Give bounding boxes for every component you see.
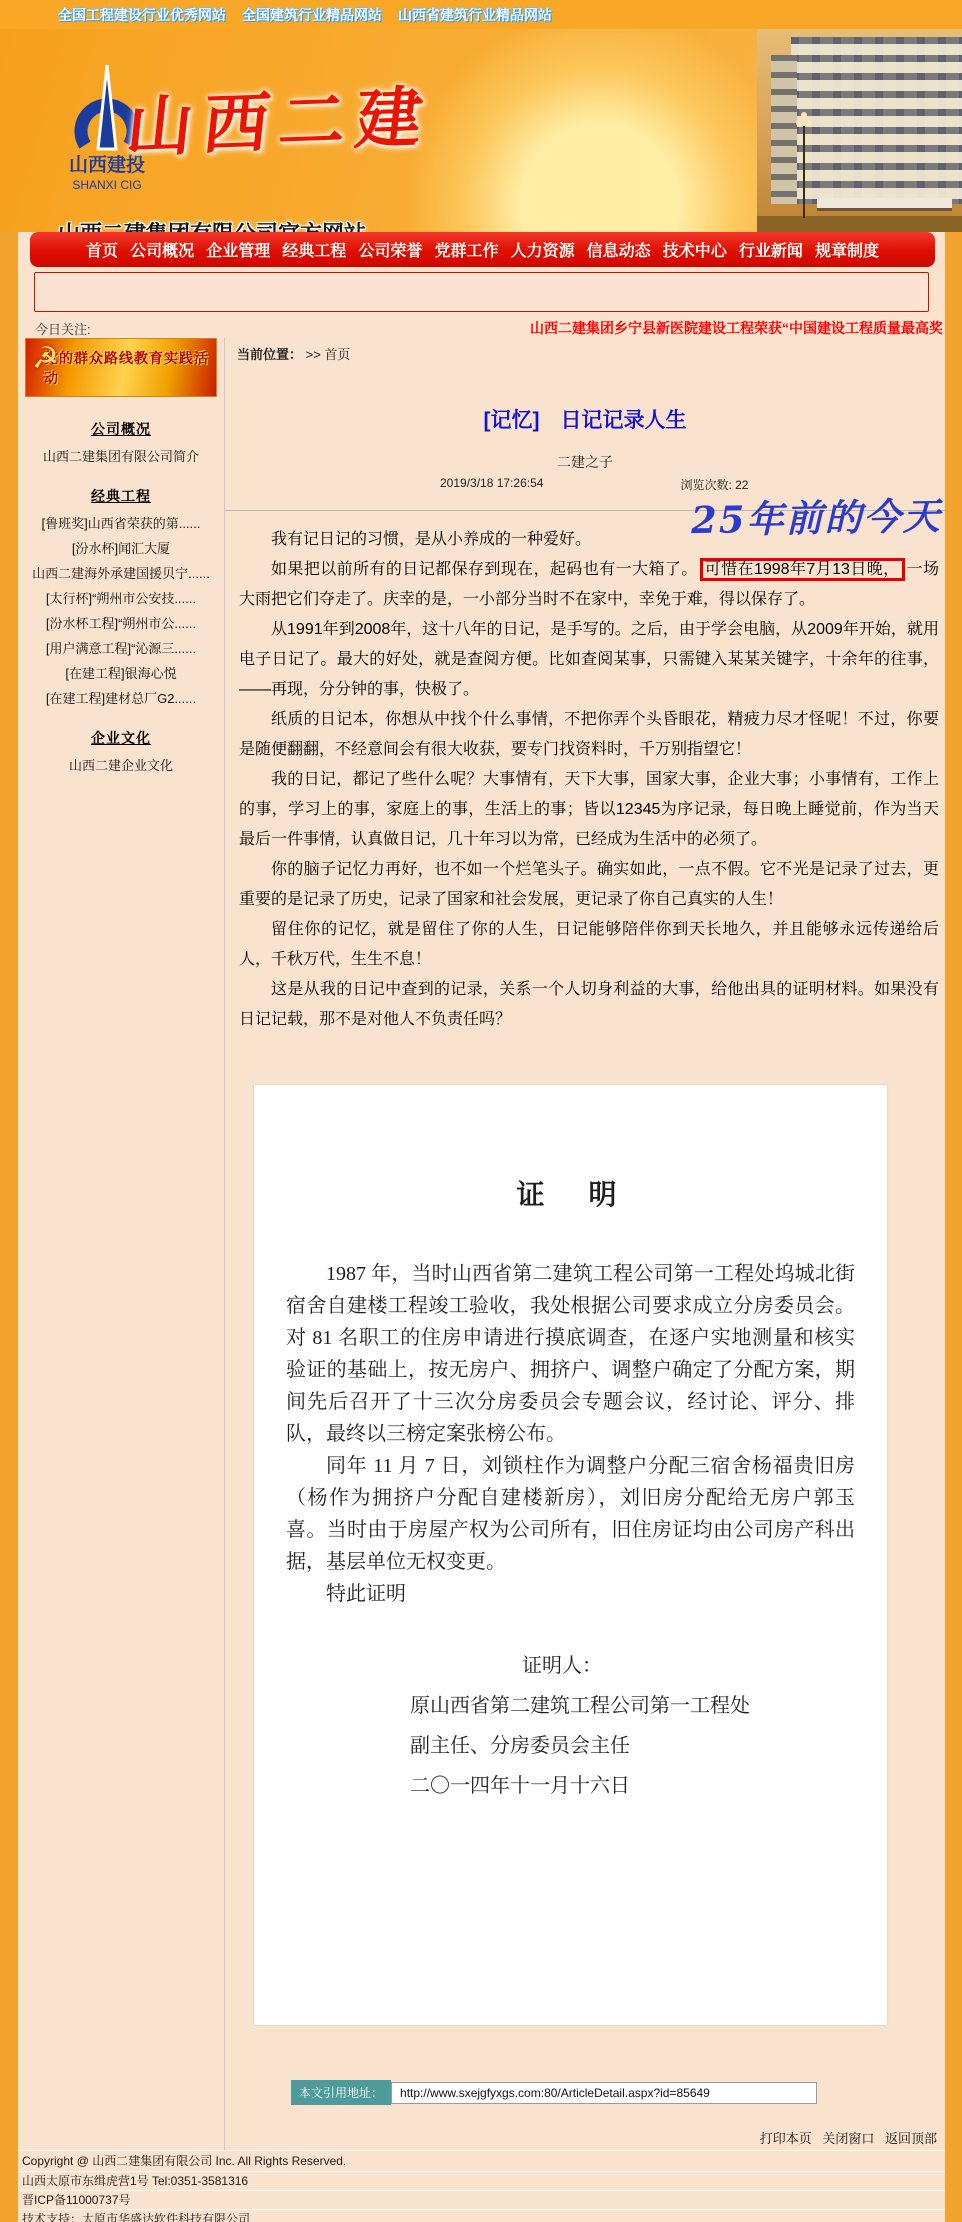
building-wing: [771, 55, 797, 204]
nav-item-industry-news[interactable]: 行业新闻: [739, 238, 803, 261]
paragraph-6: 你的脑子记忆力再好，也不如一个烂笔头子。确实如此，一点不假。它不光是记录了过去，…: [239, 855, 939, 915]
sidebar-section-company-profile: 公司概况: [18, 419, 224, 439]
nav-item-regulations[interactable]: 规章制度: [815, 238, 879, 261]
close-window-button[interactable]: 关闭窗口: [822, 2131, 874, 2146]
sidebar-link-building-materials-g2[interactable]: [在建工程]建材总厂G2......: [18, 692, 224, 706]
nav-item-company-profile[interactable]: 公司概况: [130, 238, 194, 261]
nav-item-classic-projects[interactable]: 经典工程: [282, 238, 346, 261]
party-banner-image[interactable]: ☭ 党的群众路线教育实践活动: [25, 338, 217, 397]
party-emblem-icon: ☭: [32, 341, 59, 376]
paragraph-3: 从1991年到2008年，这十八年的日记，是手写的。之后，由于学会电脑，从200…: [239, 615, 939, 705]
notice-marquee-text[interactable]: 山西二建集团乡宁县新医院建设工程荣获“中国建设工程质量最高奖”: [530, 318, 942, 338]
citation-url[interactable]: http://www.sxejgfyxgs.com:80/ArticleDeta…: [391, 2082, 817, 2104]
footer-address: 山西太原市东缉虎营1号 Tel:0351-3581316: [18, 2171, 945, 2190]
footer-copyright: Copyright @ 山西二建集团有限公司 Inc. All Rights R…: [18, 2151, 945, 2171]
notice-label: 今日关注:: [35, 319, 91, 338]
sidebar-link-taihang-cup[interactable]: [太行杯]“朔州市公安技......: [18, 592, 224, 606]
certificate-document: 证 明 1987 年，当时山西省第二建筑工程公司第一工程处坞城北街宿舍自建楼工程…: [254, 1085, 887, 2025]
certificate-signer-date: 二〇一四年十一月十六日: [410, 1766, 887, 1806]
columns: ☭ 党的群众路线教育实践活动 公司概况 山西二建集团有限公司简介 经典工程 [鲁…: [18, 338, 945, 2150]
building-facade: [791, 37, 962, 204]
topbar: 全国工程建设行业优秀网站 全国建筑行业精品网站 山西省建筑行业精品网站: [0, 0, 962, 29]
nav-item-news[interactable]: 信息动态: [587, 238, 651, 261]
header-building-photo: [757, 29, 962, 232]
breadcrumb-home-link[interactable]: >> 首页: [306, 347, 351, 362]
topbar-link-1[interactable]: 全国工程建设行业优秀网站: [58, 5, 226, 25]
sidebar-section-corporate-culture: 企业文化: [18, 728, 224, 748]
page-actions: 打印本页 关闭窗口 返回顶部: [753, 2128, 937, 2147]
sidebar: ☭ 党的群众路线教育实践活动 公司概况 山西二建集团有限公司简介 经典工程 [鲁…: [18, 338, 224, 2150]
certificate-signature-block: 证明人： 原山西省第二建筑工程公司第一工程处 副主任、分房委员会主任 二〇一四年…: [410, 1646, 887, 1806]
certificate-signer-title: 副主任、分房委员会主任: [410, 1726, 887, 1766]
citation-bar: 本文引用地址： http://www.sxejgfyxgs.com:80/Art…: [291, 2080, 817, 2105]
certificate-title: 证 明: [254, 1173, 887, 1213]
sidebar-link-overseas-benin[interactable]: 山西二建海外承建国援贝宁......: [18, 567, 224, 581]
paragraph-7: 留住你的记忆，就是留住了你的人生，日记能够陪伴你到天长地久，并且能够永远传递给后…: [239, 915, 939, 975]
sidebar-link-fenshui-cup-project[interactable]: [汾水杯工程]“朔州市公......: [18, 617, 224, 631]
sidebar-link-luban-award[interactable]: [鲁班奖]山西省荣获的第......: [18, 517, 224, 531]
sidebar-link-yinhai-xinyue[interactable]: [在建工程]银海心悦: [18, 667, 224, 681]
site-header: 山西建投 SHANXI CIG 山西二建 山西二建集团有限公司官方网站: [0, 29, 962, 232]
paragraph-2: 如果把以前所有的日记都保存到现在，起码也有一大箱了。可惜在1998年7月13日晚…: [239, 555, 939, 615]
main-area: 首页 公司概况 企业管理 经典工程 公司荣誉 党群工作 人力资源 信息动态 技术…: [18, 232, 945, 2222]
sidebar-link-fenshui-cup[interactable]: [汾水杯]闻汇大厦: [18, 542, 224, 556]
certificate-closing: 特此证明: [286, 1578, 855, 1610]
article-author: 二建之子: [225, 452, 945, 470]
page: 全国工程建设行业优秀网站 全国建筑行业精品网站 山西省建筑行业精品网站 山西建投…: [0, 0, 962, 2222]
brand-calligraphy: 山西二建: [122, 64, 437, 170]
paragraph-5: 我的日记，都记了些什么呢？大事情有，天下大事，国家大事，企业大事；小事情有，工作…: [239, 765, 939, 855]
lamppost: [803, 126, 805, 218]
logo-en-text: SHANXI CIG: [72, 178, 141, 192]
footer-icp: 晋ICP备11000737号: [18, 2190, 945, 2209]
nav-item-home[interactable]: 首页: [86, 238, 118, 261]
nav-item-tech-center[interactable]: 技术中心: [663, 238, 727, 261]
certificate-paragraph-1: 1987 年，当时山西省第二建筑工程公司第一工程处坞城北街宿舍自建楼工程竣工验收…: [286, 1258, 855, 1450]
citation-label: 本文引用地址：: [291, 2080, 391, 2105]
certificate-signer-label: 证明人：: [522, 1646, 887, 1686]
footer-tech-support: 技术支持：太原市华盛达软件科技有限公司: [18, 2209, 945, 2222]
highlight-red-box: 可惜在1998年7月13日晚，: [700, 558, 905, 581]
nav-item-management[interactable]: 企业管理: [206, 238, 270, 261]
sidebar-link-company-intro[interactable]: 山西二建集团有限公司简介: [18, 450, 224, 464]
sidebar-section-classic-projects: 经典工程: [18, 486, 224, 506]
print-page-button[interactable]: 打印本页: [760, 2131, 812, 2146]
sidebar-link-corporate-culture[interactable]: 山西二建企业文化: [18, 759, 224, 773]
party-banner-text: 党的群众路线教育实践活动: [44, 348, 216, 388]
breadcrumb: 当前位置： >> 首页: [225, 338, 945, 364]
calligraphy-overlay: 25年前的今天: [690, 486, 941, 544]
notice-row: 今日关注: 山西二建集团乡宁县新医院建设工程荣获“中国建设工程质量最高奖”: [35, 315, 942, 338]
building-entrance-canopy: [817, 198, 952, 208]
article-title: [记忆] 日记记录人生: [225, 404, 945, 432]
site-title: 山西二建集团有限公司官方网站: [58, 217, 366, 232]
breadcrumb-label: 当前位置：: [237, 347, 302, 362]
footer: Copyright @ 山西二建集团有限公司 Inc. All Rights R…: [18, 2150, 945, 2222]
topbar-link-2[interactable]: 全国建筑行业精品网站: [242, 5, 382, 25]
announcement-marquee-box: [34, 272, 929, 312]
sidebar-link-user-satisfaction[interactable]: [用户满意工程]“沁源三......: [18, 642, 224, 656]
back-to-top-button[interactable]: 返回顶部: [885, 2131, 937, 2146]
article-content: 当前位置： >> 首页 [记忆] 日记记录人生 二建之子 2019/3/18 1…: [224, 338, 945, 2150]
nav-item-honors[interactable]: 公司荣誉: [358, 238, 422, 261]
topbar-link-3[interactable]: 山西省建筑行业精品网站: [398, 5, 552, 25]
paragraph-8: 这是从我的日记中查到的记录，关系一个人切身利益的大事，给他出具的证明材料。如果没…: [239, 975, 939, 1035]
main-nav: 首页 公司概况 企业管理 经典工程 公司荣誉 党群工作 人力资源 信息动态 技术…: [30, 232, 935, 267]
nav-item-hr[interactable]: 人力资源: [511, 238, 575, 261]
certificate-paragraph-2: 同年 11 月 7 日，刘锁柱作为调整户分配三宿舍杨福贵旧房（杨作为拥挤户分配自…: [286, 1450, 855, 1578]
certificate-signer-org: 原山西省第二建筑工程公司第一工程处: [410, 1686, 887, 1726]
paragraph-2-pre: 如果把以前所有的日记都保存到现在，起码也有一大箱了。: [271, 561, 698, 578]
building-ground: [757, 216, 962, 232]
article-body: 我有记日记的习惯，是从小养成的一种爱好。 如果把以前所有的日记都保存到现在，起码…: [239, 525, 939, 1035]
nav-item-party-work[interactable]: 党群工作: [434, 238, 498, 261]
paragraph-4: 纸质的日记本，你想从中找个什么事情，不把你弄个头昏眼花，精疲力尽才怪呢！不过，你…: [239, 705, 939, 765]
article-date: 2019/3/18 17:26:54: [440, 476, 543, 492]
